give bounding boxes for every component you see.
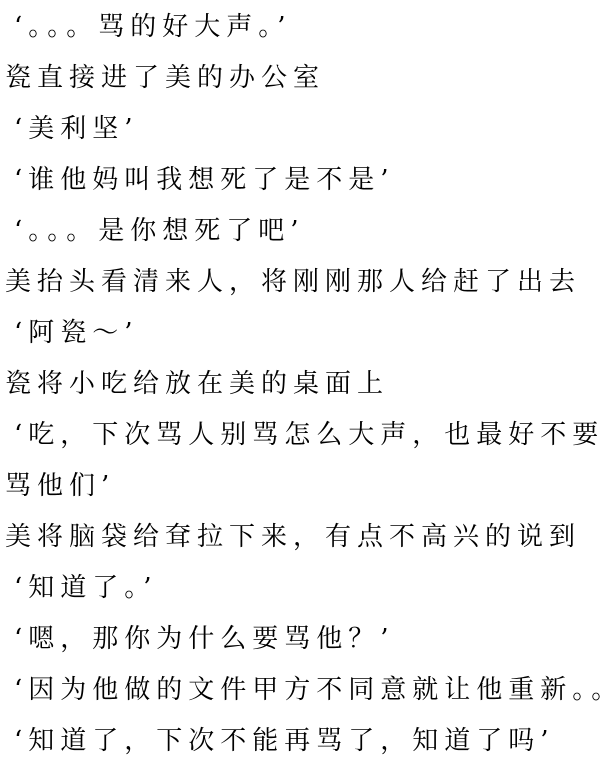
story-line-14: ‘因为他做的文件甲方不同意就让他重新。。’ — [5, 665, 606, 716]
document-page: ‘。。。骂的好大声。’ 瓷直接进了美的办公室 ‘美利坚’ ‘谁他妈叫我想死了是不… — [0, 0, 612, 767]
story-line-1: ‘。。。骂的好大声。’ — [5, 2, 606, 53]
story-line-8: 瓷将小吃给放在美的桌面上 — [5, 359, 606, 410]
story-line-15: ‘知道了，下次不能再骂了，知道了吗’ — [5, 716, 606, 767]
story-line-9: ‘吃，下次骂人别骂怎么大声，也最好不要 — [5, 410, 606, 461]
story-line-12: ‘知道了。’ — [5, 563, 606, 614]
story-line-5: ‘。。。是你想死了吧’ — [5, 206, 606, 257]
story-line-3: ‘美利坚’ — [5, 104, 606, 155]
story-line-11: 美将脑袋给耷拉下来，有点不高兴的说到 — [5, 512, 606, 563]
story-line-13: ‘嗯，那你为什么要骂他？’ — [5, 614, 606, 665]
story-line-4: ‘谁他妈叫我想死了是不是’ — [5, 155, 606, 206]
story-line-7: ‘阿瓷～’ — [5, 308, 606, 359]
story-line-10: 骂他们’ — [5, 461, 606, 512]
story-line-2: 瓷直接进了美的办公室 — [5, 53, 606, 104]
story-line-6: 美抬头看清来人，将刚刚那人给赶了出去 — [5, 257, 606, 308]
